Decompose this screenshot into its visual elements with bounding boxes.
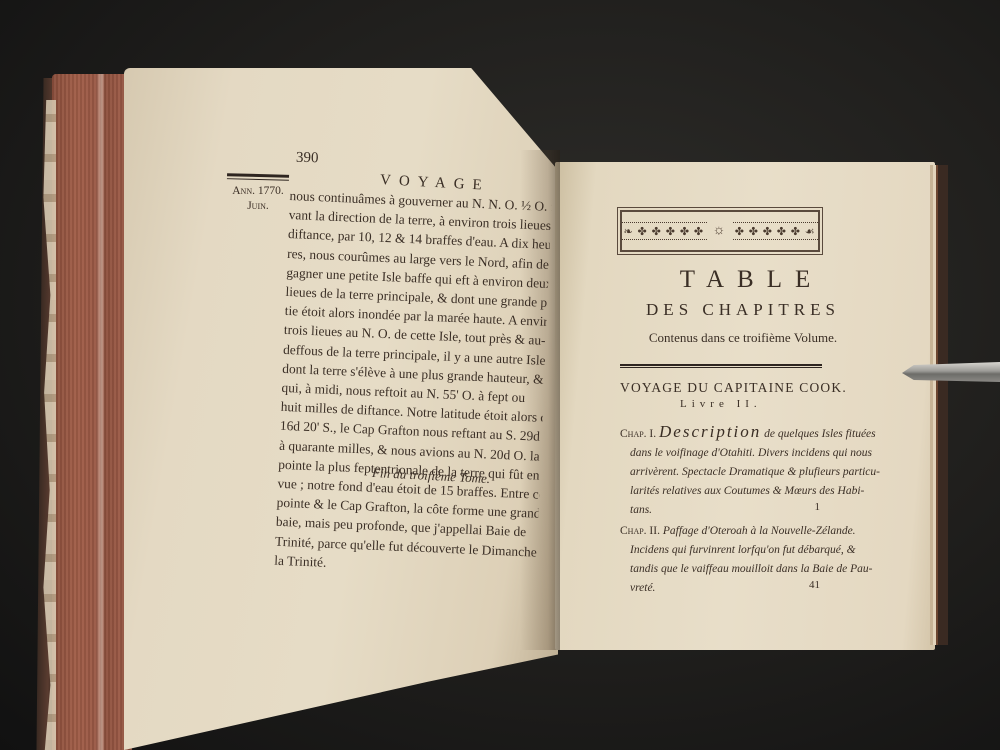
margin-note: Ann. 1770. Juin. xyxy=(228,184,288,214)
book-heading: Livre II. xyxy=(680,398,762,410)
margin-note-year: Ann. 1770. xyxy=(228,184,288,199)
chapter-text-last: tans. xyxy=(620,501,820,520)
chapter-text: vreté. xyxy=(620,579,820,598)
chapter-lead: Paffage d'Oteroah à la Nouvelle-Zélande. xyxy=(663,525,856,537)
margin-note-month: Juin. xyxy=(228,199,288,214)
chapter-text: larités relatives aux Coutumes & Mœurs d… xyxy=(620,482,820,501)
chapter-text: Incidens qui furvinrent lorfqu'on fut dé… xyxy=(620,541,820,560)
table-subtitle: DES CHAPITRES xyxy=(580,300,906,320)
knife-blade xyxy=(902,362,1000,382)
chapter-page-number: 1 xyxy=(815,498,821,517)
chapter-entry: Chap. II. Paffage d'Oteroah à la Nouvell… xyxy=(620,522,820,598)
page-number: 390 xyxy=(296,150,319,168)
contents-line: Contenus dans ce troifième Volume. xyxy=(580,330,906,346)
chapter-text: de quelques Isles fituées xyxy=(764,428,875,440)
section-rule xyxy=(620,364,822,368)
table-title: TABLE xyxy=(560,266,930,294)
chapter-lead: Description xyxy=(659,422,761,441)
chapter-text: tans. xyxy=(630,504,652,516)
fleuron-band-right: ✤✤✤✤✤☙ xyxy=(733,222,818,240)
fleuron-band-left: ❧✤✤✤✤✤ xyxy=(622,222,707,240)
left-page-body: nous continuâmes à gouverner au N. N. O.… xyxy=(274,186,552,581)
photo-scene: 390 VOYAGE Ann. 1770. Juin. nous continu… xyxy=(0,0,1000,750)
chapter-entry: Chap. I. Description de quelques Isles f… xyxy=(620,422,820,520)
chapter-text: arrivèrent. Spectacle Dramatique & plufi… xyxy=(620,463,820,482)
red-page-edges xyxy=(52,74,132,750)
ornamental-headpiece: ❧✤✤✤✤✤ ☼ ✤✤✤✤✤☙ xyxy=(620,210,820,252)
chapter-text: dans le voifinage d'Otahiti. Divers inci… xyxy=(620,444,820,463)
chapter-label: Chap. I. xyxy=(620,428,656,440)
sun-ornament-icon: ☼ xyxy=(713,223,728,239)
section-title: VOYAGE DU CAPITAINE COOK. xyxy=(620,380,847,396)
chapter-text: tandis que le vaiffeau mouilloit dans la… xyxy=(620,560,820,579)
right-cover-board xyxy=(930,165,948,645)
chapter-label: Chap. II. xyxy=(620,525,660,537)
chapter-page-number: 41 xyxy=(809,576,820,595)
